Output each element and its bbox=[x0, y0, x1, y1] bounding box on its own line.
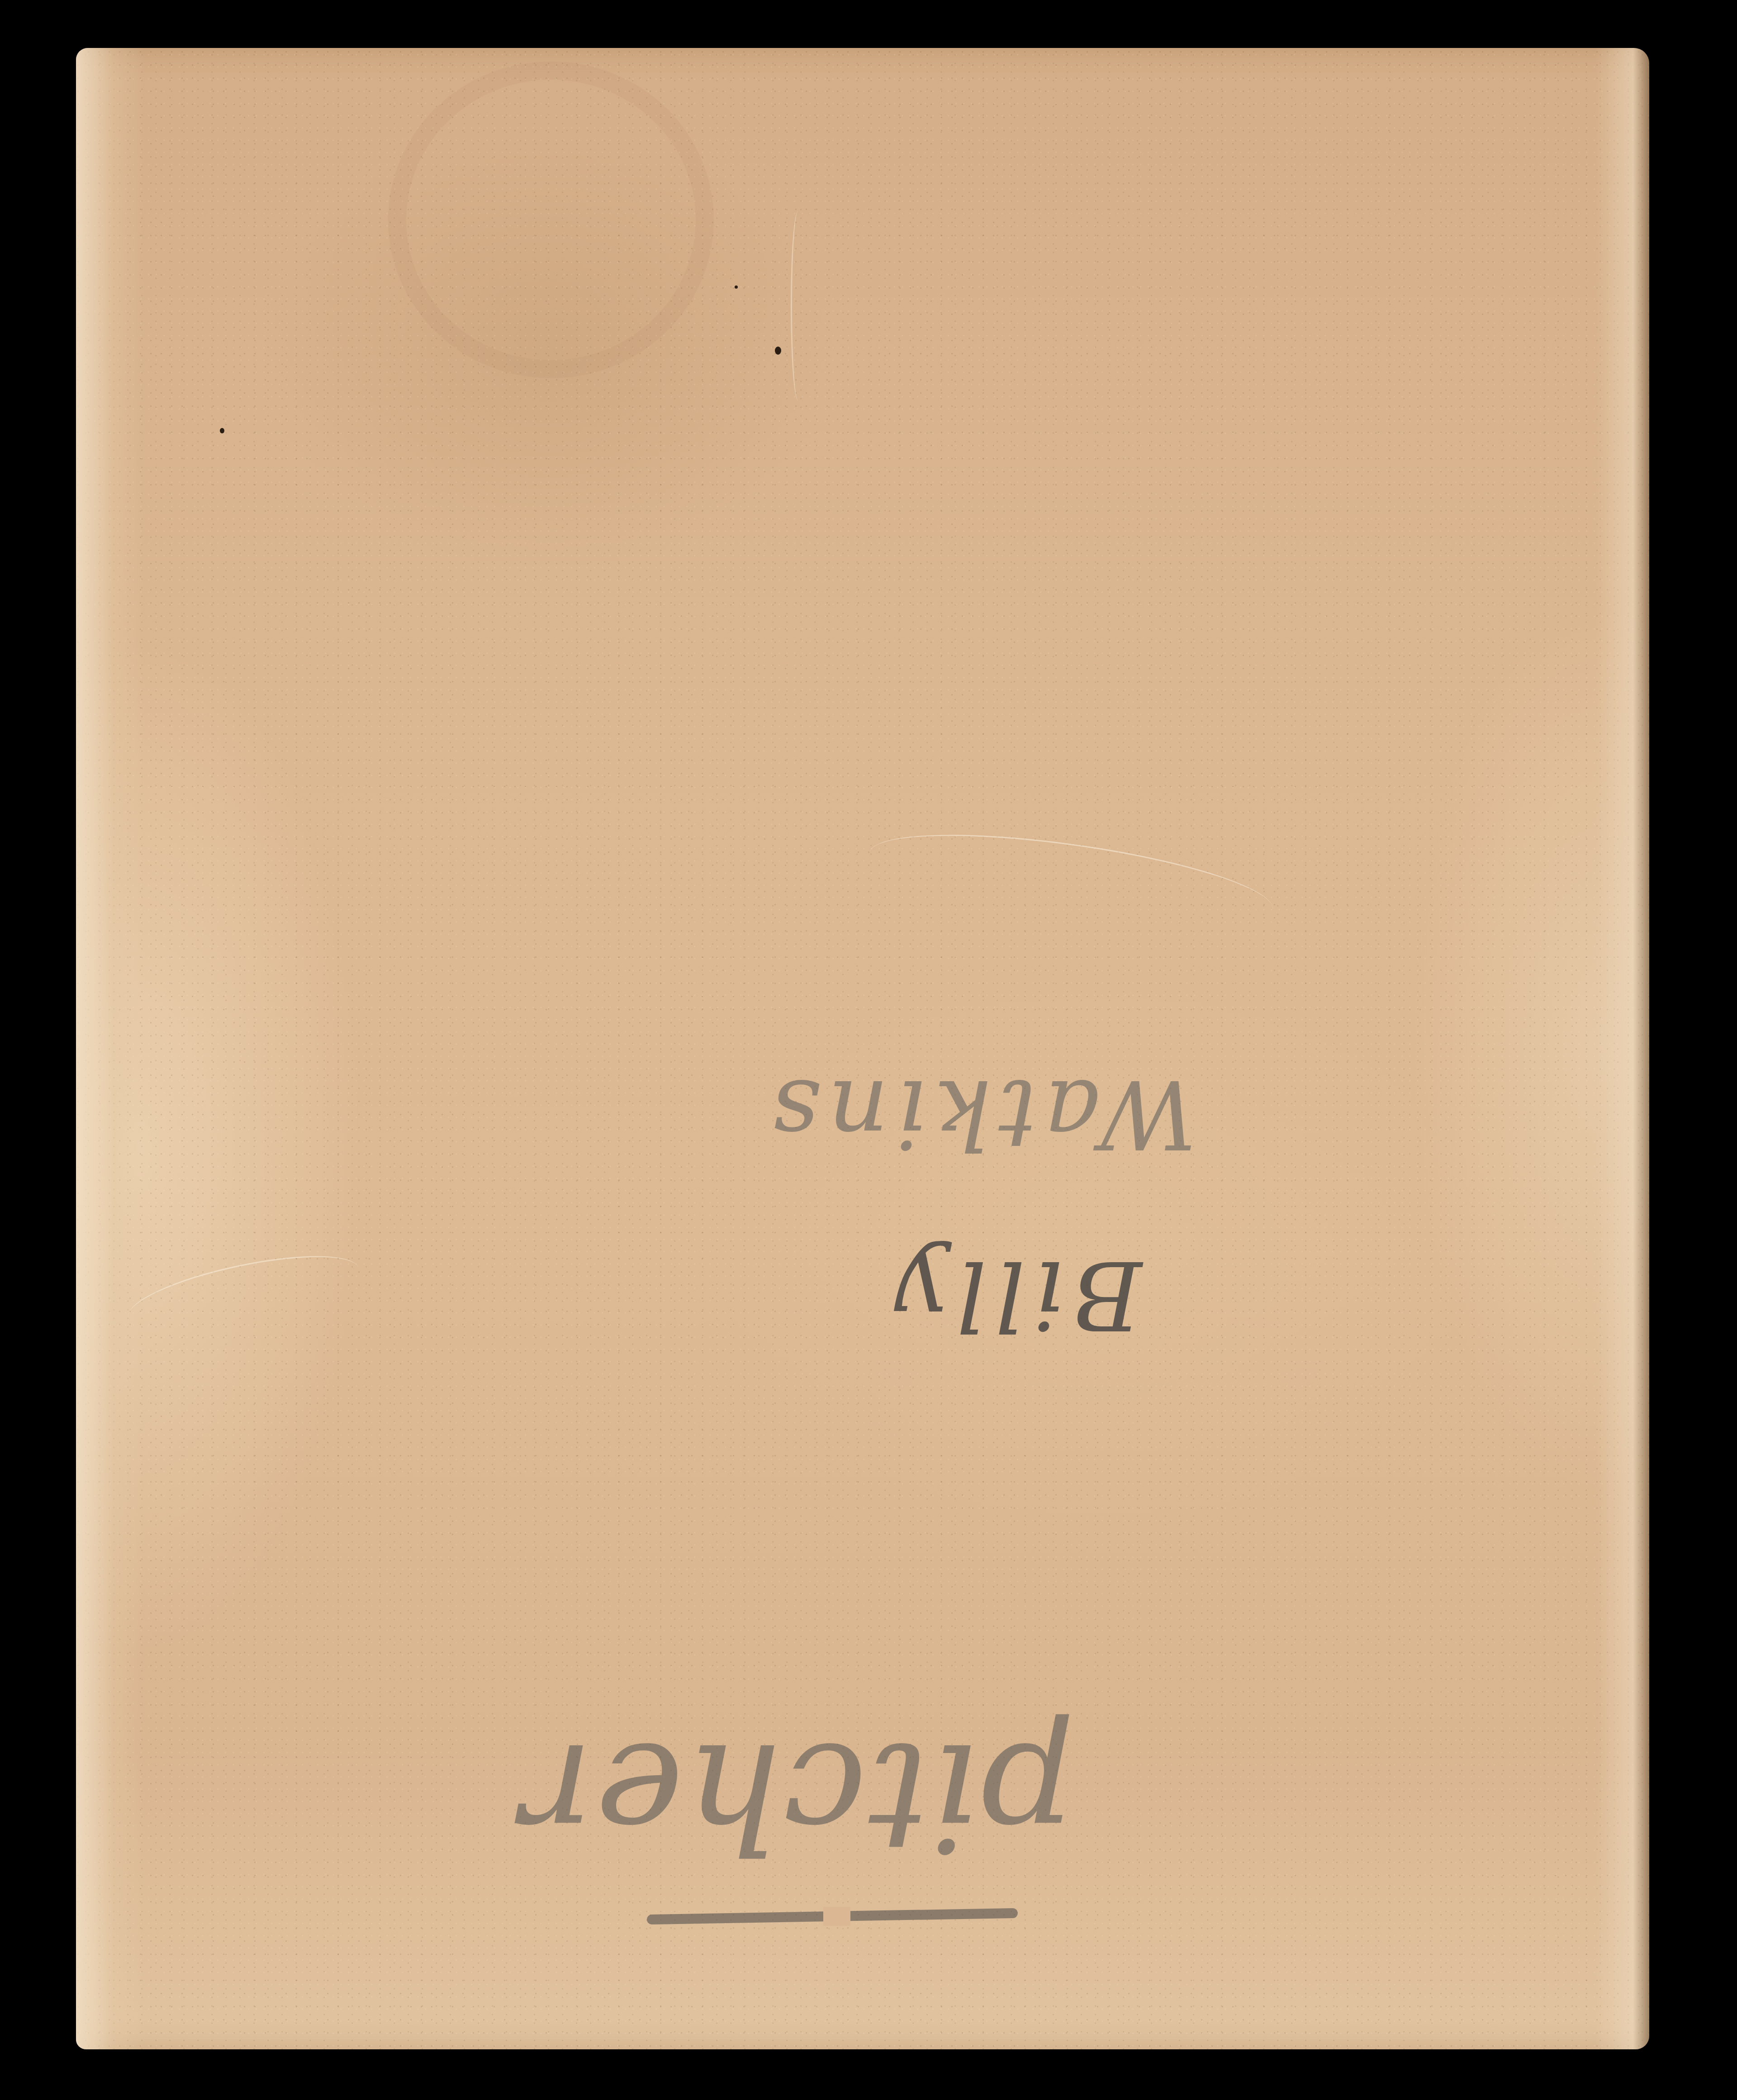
worn-spine-edge bbox=[76, 48, 144, 2049]
dirt-speck bbox=[220, 428, 224, 433]
pencil-inscription-first-name: Billy bbox=[887, 1240, 1142, 1350]
pencil-inscription-bottom-word: pitcher bbox=[520, 1710, 1076, 1884]
dirt-speck bbox=[735, 285, 738, 289]
worn-right-edge bbox=[1595, 48, 1649, 2049]
dirt-speck bbox=[775, 347, 781, 355]
paper-crease bbox=[791, 211, 806, 401]
faint-stamp-shadow bbox=[388, 62, 714, 378]
underline-gap bbox=[823, 1907, 850, 1926]
pencil-inscription-surname: Watkins bbox=[764, 1059, 1197, 1169]
